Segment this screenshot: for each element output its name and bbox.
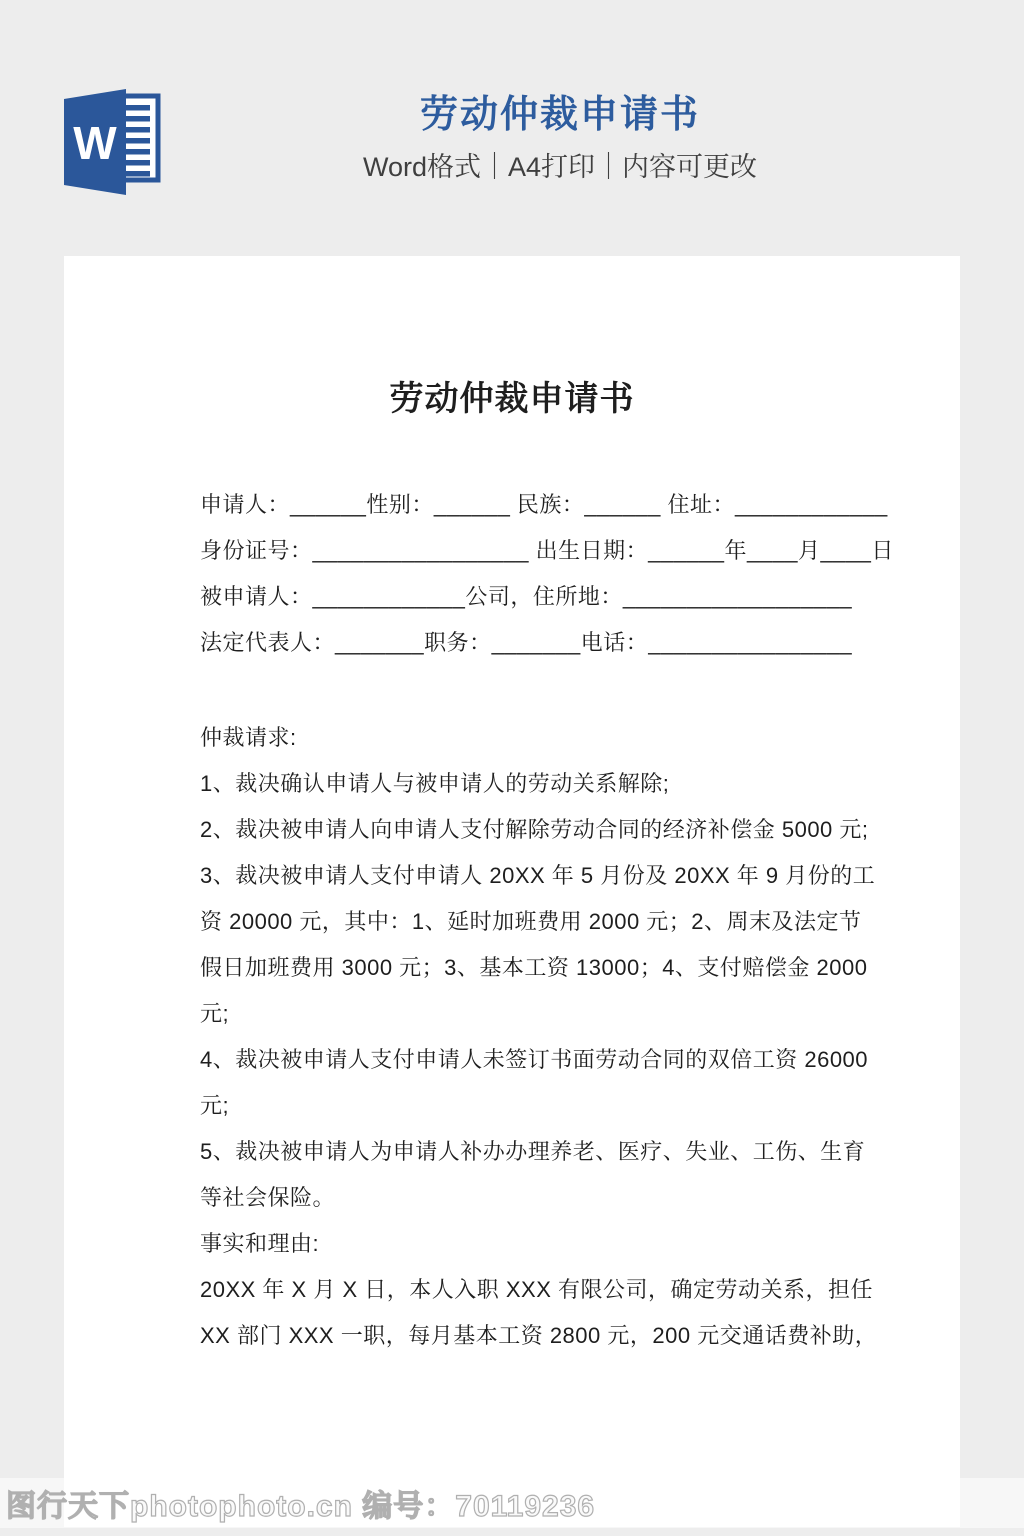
body-line: 3、裁决被申请人支付申请人 20XX 年 5 月份及 20XX 年 9 月份的工 bbox=[200, 853, 824, 899]
header: W 劳动仲裁申请书 Word格式｜A4打印｜内容可更改 bbox=[0, 0, 1024, 256]
body-line: 假日加班费用 3000 元；3、基本工资 13000；4、支付赔偿金 2000 bbox=[200, 945, 824, 991]
body-line: 资 20000 元，其中：1、延时加班费用 2000 元；2、周末及法定节 bbox=[200, 899, 824, 945]
header-subtitle: Word格式｜A4打印｜内容可更改 bbox=[96, 152, 1024, 182]
document-title: 劳动仲裁申请书 bbox=[200, 256, 824, 422]
body-line: 4、裁决被申请人支付申请人未签订书面劳动合同的双倍工资 26000 bbox=[200, 1037, 824, 1083]
watermark-bar: 图行天下photophoto.cn 编号：70119236 bbox=[0, 1478, 1024, 1528]
body-line: 20XX 年 X 月 X 日，本人入职 XXX 有限公司，确定劳动关系，担任 bbox=[200, 1267, 824, 1313]
body-line: 2、裁决被申请人向申请人支付解除劳动合同的经济补偿金 5000 元; bbox=[200, 807, 824, 853]
body-line: 5、裁决被申请人为申请人补办办理养老、医疗、失业、工伤、生育 bbox=[200, 1129, 824, 1175]
form-line-legal-rep: 法定代表人：_______职务：_______电话：______________… bbox=[200, 620, 824, 666]
form-line-respondent: 被申请人：____________公司，住所地：________________… bbox=[200, 574, 824, 620]
body-line: XX 部门 XXX 一职，每月基本工资 2800 元，200 元交通话费补助， bbox=[200, 1313, 824, 1359]
body-line: 仲裁请求: bbox=[200, 715, 824, 761]
body-line: 元; bbox=[200, 1083, 824, 1129]
body-line: 事实和理由: bbox=[200, 1221, 824, 1267]
form-line-applicant: 申请人：______性别：______ 民族：______ 住址：_______… bbox=[200, 482, 824, 528]
form-section: 申请人：______性别：______ 民族：______ 住址：_______… bbox=[200, 482, 824, 666]
watermark-text: 图行天下photophoto.cn 编号：70119236 bbox=[6, 1481, 595, 1525]
document-page: 劳动仲裁申请书 申请人：______性别：______ 民族：______ 住址… bbox=[64, 256, 960, 1527]
body-line: 元; bbox=[200, 991, 824, 1037]
body-section: 仲裁请求: 1、裁决确认申请人与被申请人的劳动关系解除; 2、裁决被申请人向申请… bbox=[200, 715, 824, 1359]
template-preview-screen: W 劳动仲裁申请书 Word格式｜A4打印｜内容可更改 劳动仲裁申请书 申请人：… bbox=[0, 0, 1024, 1536]
body-line: 1、裁决确认申请人与被申请人的劳动关系解除; bbox=[200, 761, 824, 807]
form-line-id-birth: 身份证号：_________________ 出生日期：______年____月… bbox=[200, 528, 824, 574]
header-title: 劳动仲裁申请书 bbox=[96, 94, 1024, 136]
body-line: 等社会保险。 bbox=[200, 1175, 824, 1221]
header-text: 劳动仲裁申请书 Word格式｜A4打印｜内容可更改 bbox=[96, 94, 1024, 182]
